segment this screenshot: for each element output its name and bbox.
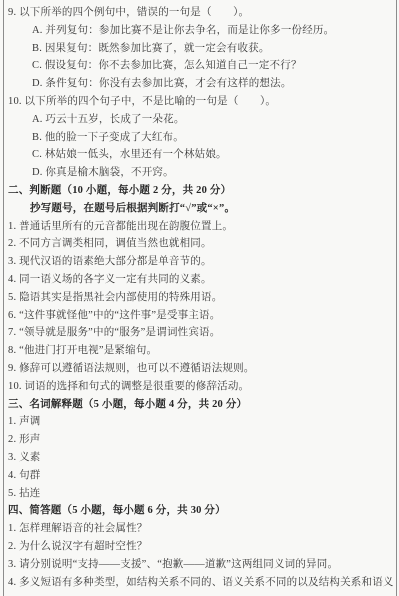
section-3-title: 三、名词解释题（5 小题，每小题 4 分，共 20 分） [8,396,394,414]
question-10-option-a: A. 巧云十五岁，长成了一朵花。 [8,111,394,129]
tf-item-1: 1. 普通话里所有的元音都能出现在韵腹位置上。 [8,218,394,236]
tf-item-6: 6. “这件事就怪他”中的“这件事”是受事主语。 [8,307,394,325]
short-answer-item-4: 4. 多义短语有多种类型，如结构关系不同的、语义关系不同的以及结构关系和语义关系 [8,574,394,592]
exam-content: 9. 以下所举的四个例句中，错误的一句是（ ）。 A. 并列复句：参加比赛不是让… [8,4,394,591]
question-9-option-d: D. 条件复句：你没有去参加比赛，才会有这样的想法。 [8,75,394,93]
scanned-exam-document: 9. 以下所举的四个例句中，错误的一句是（ ）。 A. 并列复句：参加比赛不是让… [0,0,399,596]
tf-item-2: 2. 不同方言调类相同，调值当然也就相同。 [8,235,394,253]
short-answer-item-1: 1. 怎样理解语音的社会属性？ [8,520,394,538]
tf-item-9: 9. 修辞可以遵循语法规则，也可以不遵循语法规则。 [8,360,394,378]
tf-item-4: 4. 同一语义场的各字义一定有共同的义素。 [8,271,394,289]
tf-item-8: 8. “他进门打开电视”是紧缩句。 [8,342,394,360]
tf-item-3: 3. 现代汉语的语素绝大部分都是单音节的。 [8,253,394,271]
term-item-1: 1. 声调 [8,413,394,431]
tf-item-5: 5. 隐语其实是指黑社会内部使用的特殊用语。 [8,289,394,307]
question-10-option-d: D. 你真是榆木脑袋，不开窍。 [8,164,394,182]
tf-item-10: 10. 词语的选择和句式的调整是很重要的修辞活动。 [8,378,394,396]
short-answer-item-2: 2. 为什么说汉字有超时空性？ [8,538,394,556]
section-2-instruction: 抄写题号，在题号后根据判断打“√”或“×”。 [8,200,394,218]
term-item-5: 5. 拈连 [8,485,394,503]
question-9-stem: 9. 以下所举的四个例句中，错误的一句是（ ）。 [8,4,394,22]
section-2-title: 二、判断题（10 小题，每小题 2 分，共 20 分） [8,182,394,200]
question-9-option-b: B. 因果复句：既然参加比赛了，就一定会有收获。 [8,40,394,58]
term-item-2: 2. 形声 [8,431,394,449]
page-border-left [3,0,4,596]
term-item-4: 4. 句群 [8,467,394,485]
page-border-right [396,0,397,596]
short-answer-item-3: 3. 请分别说明“支持——支援”、“抱歉——道歉”这两组同义词的异同。 [8,556,394,574]
section-4-title: 四、简答题（5 小题，每小题 6 分，共 30 分） [8,502,394,520]
question-9-option-c: C. 假设复句：你不去参加比赛，怎么知道自己一定不行？ [8,57,394,75]
term-item-3: 3. 义素 [8,449,394,467]
question-10-option-c: C. 林姑娘一低头，水里还有一个林姑娘。 [8,146,394,164]
question-10-stem: 10. 以下所举的四个句子中，不是比喻的一句是（ ）。 [8,93,394,111]
question-9-option-a: A. 并列复句：参加比赛不是让你去争名，而是让你多一份经历。 [8,22,394,40]
tf-item-7: 7. “领导就是服务”中的“服务”是谓词性宾语。 [8,324,394,342]
question-10-option-b: B. 他的脸一下子变成了大红布。 [8,129,394,147]
